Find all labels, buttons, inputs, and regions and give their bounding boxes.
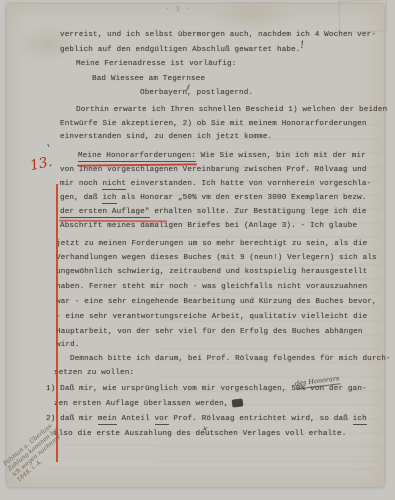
typed-line: zen ersten Auflage überlassen werden, so [54, 400, 243, 409]
scanned-letter-page: - 3 - verreist, und ich selbst übermorge… [0, 0, 395, 500]
typed-line: haben. Ferner steht mir noch - was gleic… [56, 283, 367, 292]
typed-line: Meine Honorarforderungen: Wie Sie wissen… [78, 152, 366, 161]
paper-stain [207, 0, 297, 32]
typed-line: Entwürfe Sie akzeptieren, 2) ob Sie mit … [60, 120, 367, 129]
struck-out-word: so [233, 400, 242, 408]
page-number: - 3 - [165, 6, 191, 14]
typed-line: der ersten Auflage" erhalten sollte. Zur… [60, 208, 367, 217]
typed-line: ungewöhnlich schwierig, zeitraubend und … [56, 268, 367, 277]
typed-line: mir noch nicht einverstanden. Ich hatte … [60, 180, 371, 189]
paper-crease [338, 0, 387, 33]
typed-line: verreist, und ich selbst übermorgen auch… [60, 31, 376, 40]
typed-line: 2) daß mir mein Anteil vor Prof. Rölvaag… [46, 415, 367, 424]
typed-line: Abschrift meines damaligen Briefes bei (… [60, 222, 357, 231]
typed-line: Oberbayern, postlagernd. [140, 89, 253, 98]
typed-line: einverstanden sind, zu denen ich jetzt k… [60, 133, 272, 142]
typed-line: jetzt zu meinen Forderungen um so mehr b… [56, 240, 367, 249]
typed-line: war - eine sehr eingehende Bearbeitung u… [56, 298, 377, 307]
typed-line: wird. [56, 341, 80, 350]
typed-line: geblich auf den endgültigen Abschluß gew… [60, 46, 301, 55]
typed-line: gen, daß ich als Honorar „50% vm den ers… [60, 194, 367, 203]
typed-line: Meine Ferienadresse ist vorläufig: [76, 60, 236, 69]
typed-line: Demnach bitte ich darum, bei Prof. Rölva… [70, 355, 391, 364]
typed-line: Hauptarbeit, von der sehr viel für den E… [56, 328, 363, 337]
typed-line: Bad Wiessee am Tegernsee [92, 75, 205, 84]
paper-stain [17, 24, 77, 64]
typed-line: Verhandlungen wegen dieses Buches (mit 9… [56, 254, 377, 263]
typed-line: setzen zu wollen: [54, 369, 134, 378]
typed-line: - eine sehr verantwortungsreiche Arbeit,… [56, 313, 367, 322]
typed-line: von Ihnen vorgeschlagenen Vereinbarung z… [60, 166, 367, 175]
typed-line: Dorthin erwarte ich Ihren schnellen Besc… [76, 106, 387, 115]
ink-bleedthrough-texture-bottom [47, 444, 377, 474]
